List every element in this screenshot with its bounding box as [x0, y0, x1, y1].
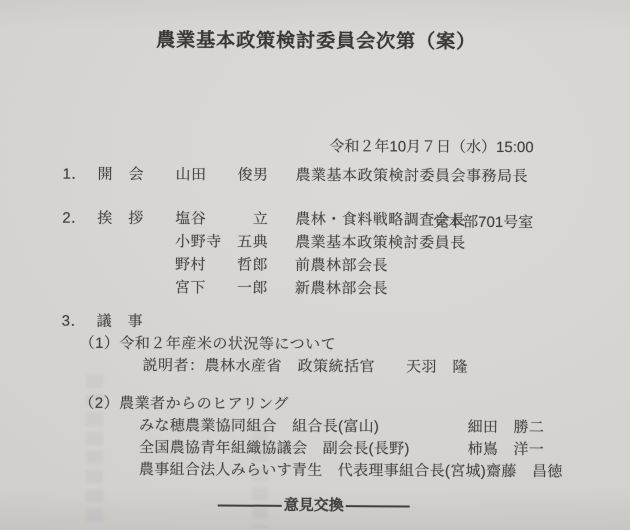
attendee-name: 小野寺 五典 — [175, 230, 268, 251]
attendee-role: 新農林部会長 — [295, 277, 388, 298]
section-1-number: 1． — [62, 163, 86, 184]
attendee-name: 野村 哲郎 — [175, 253, 268, 274]
agenda-item-2-heading: （2）農業者からのヒアリング — [79, 392, 289, 414]
attendee-role: 農林・食料戦略調査会長 — [295, 208, 466, 230]
section-2-number: 2． — [62, 207, 86, 228]
attendee-name: 宮下 一郎 — [175, 276, 268, 297]
document-photo: 農業基本政策検討委員会次第（案） 令和２年10月７日（水）15:00 党本部70… — [0, 0, 630, 530]
speaker-org-role: みな穂農業協同組合 組合長(富山) — [139, 414, 379, 436]
divider-line-right — [346, 505, 410, 507]
hearing-speaker-row: 農事組合法人みらいす青生 代表理事組合長(宮城) 齋藤 昌徳 — [139, 458, 544, 481]
attendee-name: 山田 俊男 — [175, 163, 268, 184]
section-2-label: 挨 拶 — [97, 207, 144, 228]
divider-label: 意見交換 — [284, 494, 344, 515]
speaker-org-role: 農事組合法人みらいす青生 代表理事組合長(宮城) — [139, 458, 486, 481]
agenda-item-1-detail: 説明者：農林水産省 政策統括官 天羽 隆 — [142, 354, 468, 377]
attendee-role: 農業基本政策検討委員長 — [295, 231, 466, 253]
speaker-org-role: 全国農協青年組織協議会 副会長(長野) — [139, 436, 410, 458]
section-3-number: 3． — [62, 310, 86, 331]
section-3-label: 議 事 — [97, 310, 144, 331]
attendee-role: 前農林部会長 — [295, 254, 388, 275]
attendee-role: 農業基本政策検討委員会事務局長 — [295, 164, 528, 186]
section-1-label: 開 会 — [97, 163, 144, 184]
divider-line-left — [218, 504, 282, 506]
hearing-speaker-row: みな穂農業協同組合 組合長(富山) 細田 勝二 — [139, 414, 544, 437]
opinion-exchange-divider: 意見交換 — [0, 492, 629, 516]
speaker-name: 柿嶌 洋一 — [467, 438, 544, 459]
document-title: 農業基本政策検討委員会次第（案） — [1, 24, 630, 54]
speaker-name: 細田 勝二 — [468, 416, 545, 437]
attendee-name: 塩谷 立 — [175, 207, 268, 228]
agenda-item-1-heading: （1）令和２年産米の状況等について — [80, 332, 337, 354]
speaker-name: 齋藤 昌徳 — [486, 460, 563, 481]
meeting-datetime: 令和２年10月７日（水）15:00 — [329, 134, 533, 160]
paper-sheet: 農業基本政策検討委員会次第（案） 令和２年10月７日（水）15:00 党本部70… — [0, 0, 630, 530]
hearing-speaker-row: 全国農協青年組織協議会 副会長(長野) 柿嶌 洋一 — [139, 436, 544, 459]
